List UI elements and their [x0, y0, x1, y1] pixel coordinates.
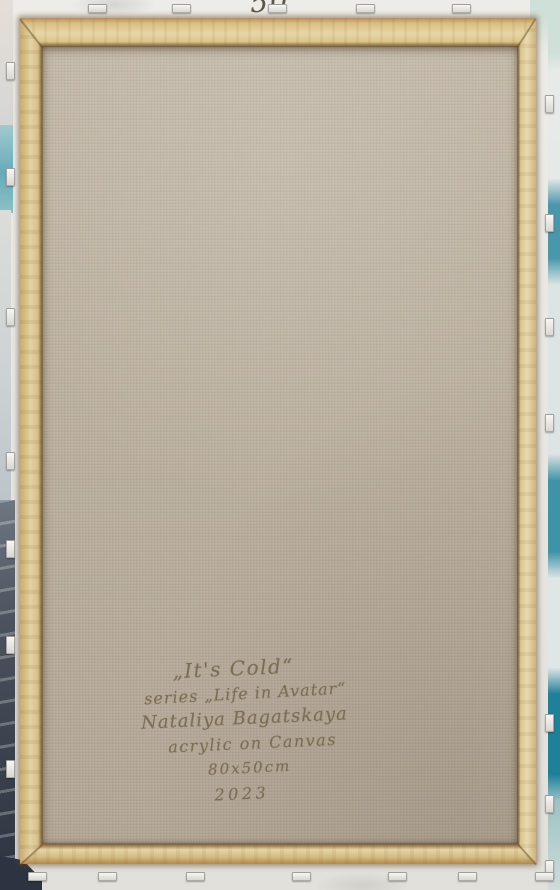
- staple-icon: [6, 168, 15, 186]
- staple-icon: [458, 872, 477, 881]
- staple-icon: [98, 872, 117, 881]
- staple-icon: [6, 308, 15, 326]
- staple-icon: [545, 95, 554, 113]
- staple-icon: [186, 872, 205, 881]
- stretcher-bar-left: [20, 18, 42, 864]
- staple-icon: [545, 714, 554, 732]
- staple-icon: [6, 452, 15, 470]
- staple-icon: [545, 214, 554, 232]
- staple-icon: [452, 4, 471, 13]
- staple-icon: [28, 872, 47, 881]
- staple-icon: [388, 872, 407, 881]
- staple-icon: [356, 4, 375, 13]
- staple-icon: [545, 318, 554, 336]
- inscription: „It's Cold“ series „Life in Avatar“ Nata…: [97, 649, 394, 812]
- staple-icon: [545, 795, 554, 813]
- stretcher-bar-top: [20, 18, 536, 46]
- staple-icon: [88, 4, 107, 13]
- staple-icon: [268, 4, 287, 13]
- staple-icon: [6, 636, 15, 654]
- stretcher-bar-bottom: [20, 844, 536, 864]
- staple-icon: [6, 760, 15, 778]
- staple-icon: [292, 872, 311, 881]
- staple-icon: [535, 872, 554, 881]
- painted-edge-left-dark: [0, 500, 15, 890]
- staple-icon: [545, 414, 554, 432]
- stretcher-bar-right: [518, 18, 536, 864]
- staple-icon: [6, 540, 15, 558]
- canvas-back-photo: „It's Cold“ series „Life in Avatar“ Nata…: [0, 0, 560, 890]
- painted-edge-right: [548, 0, 560, 890]
- staple-icon: [172, 4, 191, 13]
- staple-icon: [6, 62, 15, 80]
